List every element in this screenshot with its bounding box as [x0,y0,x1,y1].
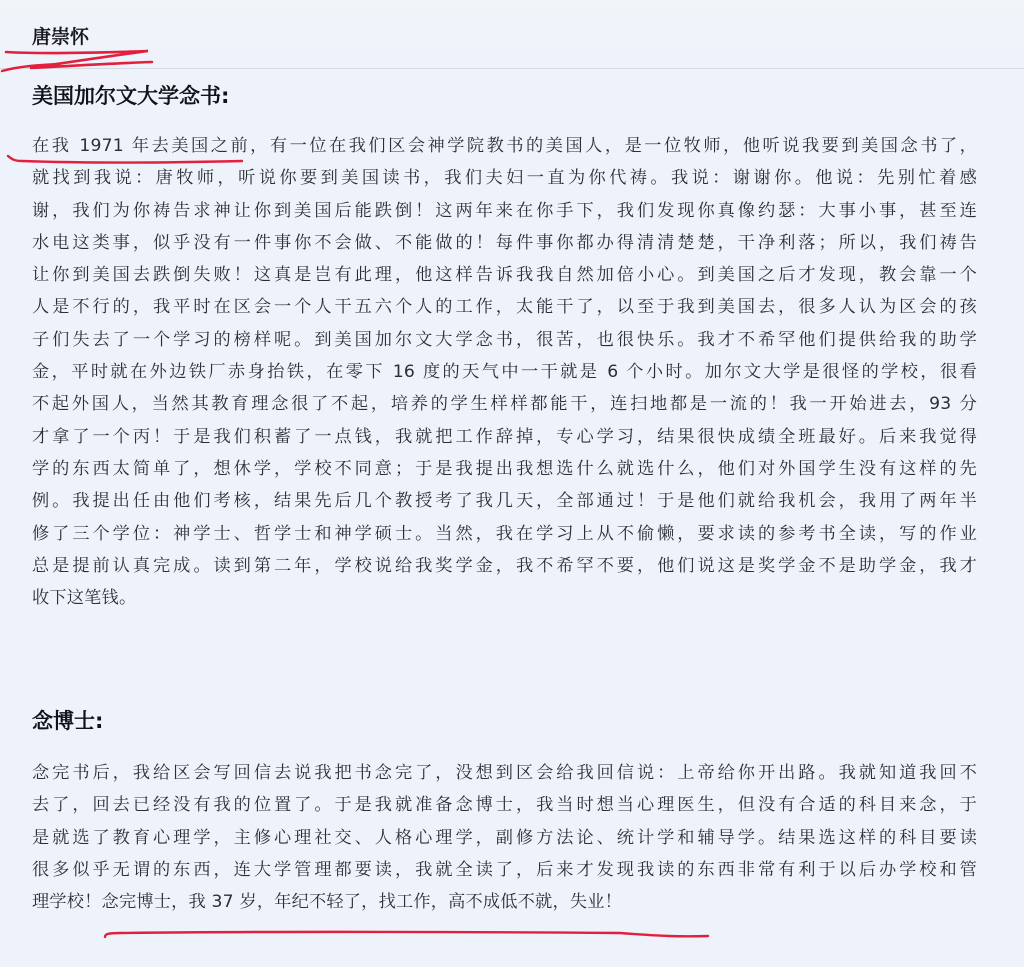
section-heading-calvin: 美国加尔文大学念书: [32,80,229,110]
author-name: 唐崇怀 [32,22,89,49]
paragraph-line: 才拿了一个丙！于是我们积蓄了一点钱，我就把工作辞掉，专心学习，结果很快成绩全班最… [32,421,977,453]
paragraph-line: 学的东西太简单了，想休学，学校不同意；于是我提出我想选什么就选什么，他们对外国学… [32,453,977,485]
paragraph-line: 金，平时就在外边铁厂赤身抬铁，在零下 16 度的天气中一干就是 6 个小时。加尔… [32,356,977,388]
paragraph-calvin: 在我 1971 年去美国之前，有一位在我们区会神学院教书的美国人，是一位牧师，他… [32,130,977,614]
paragraph-line: 修了三个学位：神学士、哲学士和神学硕士。当然，我在学习上从不偷懒，要求读的参考书… [32,518,977,550]
paragraph-line: 子们失去了一个学习的榜样呢。到美国加尔文大学念书，很苦，也很快乐。我才不希罕他们… [32,324,977,356]
paragraph-line: 去了，回去已经没有我的位置了。于是我就准备念博士，我当时想当心理医生，但没有合适… [32,789,977,821]
paragraph-line: 理学校！念完博士，我 37 岁，年纪不轻了，找工作，高不成低不就，失业！ [32,886,977,918]
paragraph-line: 让你到美国去跌倒失败！这真是岂有此理，他这样告诉我我自然加倍小心。到美国之后才发… [32,259,977,291]
paragraph-line: 例。我提出任由他们考核，结果先后几个教授考了我几天，全部通过！于是他们就给我机会… [32,485,977,517]
paragraph-phd: 念完书后，我给区会写回信去说我把书念完了，没想到区会给我回信说：上帝给你开出路。… [32,757,977,918]
paragraph-line: 人是不行的，我平时在区会一个人干五六个人的工作，太能干了，以至于我到美国去，很多… [32,291,977,323]
paragraph-line: 不起外国人，当然其教育理念很了不起，培养的学生样样都能干，连扫地都是一流的！我一… [32,388,977,420]
paragraph-line: 念完书后，我给区会写回信去说我把书念完了，没想到区会给我回信说：上帝给你开出路。… [32,757,977,789]
paragraph-line: 谢，我们为你祷告求神让你到美国后能跌倒！这两年来在你手下，我们发现你真像约瑟：大… [32,195,977,227]
section-heading-phd: 念博士: [32,705,103,735]
paragraph-line: 是就选了教育心理学，主修心理社交、人格心理学，副修方法论、统计学和辅导学。结果选… [32,822,977,854]
paragraph-line: 收下这笔钱。 [32,582,977,614]
document-header-bar: 唐崇怀 [0,0,1024,69]
age-37-underline-annotation [100,928,720,948]
paragraph-line: 就找到我说：唐牧师，听说你要到美国读书，我们夫妇一直为你代祷。我说：谢谢你。他说… [32,162,977,194]
paragraph-line: 在我 1971 年去美国之前，有一位在我们区会神学院教书的美国人，是一位牧师，他… [32,130,977,162]
paragraph-line: 总是提前认真完成。读到第二年，学校说给我奖学金，我不希罕不要，他们说这是奖学金不… [32,550,977,582]
paragraph-line: 水电这类事，似乎没有一件事你不会做、不能做的！每件事你都办得清清楚楚，干净利落；… [32,227,977,259]
paragraph-line: 很多似乎无谓的东西，连大学管理都要读，我就全读了，后来才发现我读的东西非常有利于… [32,854,977,886]
